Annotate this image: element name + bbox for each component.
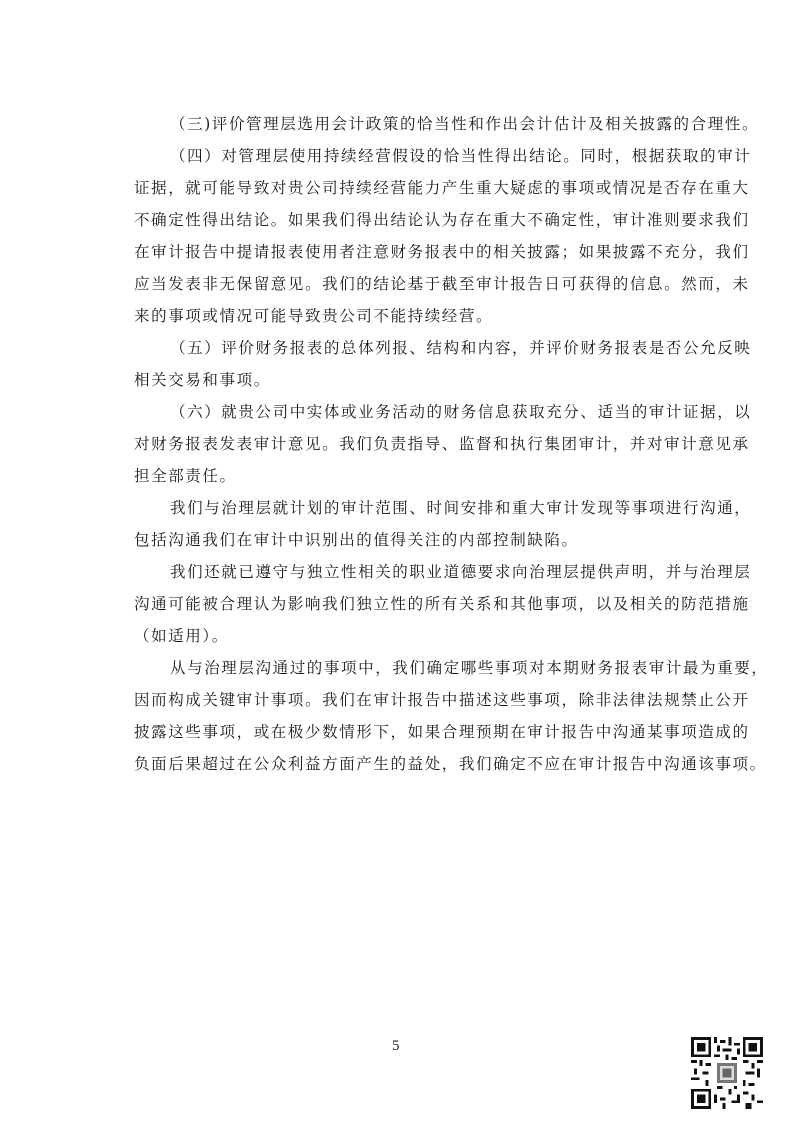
page-number: 5	[392, 1038, 400, 1055]
paragraph-6-line-1: 我们还就已遵守与独立性相关的职业道德要求向治理层提供声明，并与治理层	[134, 556, 714, 588]
paragraph-2-line-2: 证据，就可能导致对贵公司持续经营能力产生重大疑虑的事项或情况是否存在重大	[134, 172, 714, 204]
paragraph-1-line-1: （三)评价管理层选用会计政策的恰当性和作出会计估计及相关披露的合理性。	[134, 108, 714, 140]
paragraph-3-line-1: （五）评价财务报表的总体列报、结构和内容，并评价财务报表是否公允反映	[134, 332, 714, 364]
paragraph-3-line-2: 相关交易和事项。	[134, 364, 714, 396]
paragraph-2-line-5: 应当发表非无保留意见。我们的结论基于截至审计报告日可获得的信息。然而，未	[134, 268, 714, 300]
paragraph-4-line-3: 担全部责任。	[134, 460, 714, 492]
paragraph-2-line-6: 来的事项或情况可能导致贵公司不能持续经营。	[134, 300, 714, 332]
paragraph-4-line-2: 对财务报表发表审计意见。我们负责指导、监督和执行集团审计，并对审计意见承	[134, 428, 714, 460]
paragraph-6-line-2: 沟通可能被合理认为影响我们独立性的所有关系和其他事项，以及相关的防范措施	[134, 588, 714, 620]
document-body: （三)评价管理层选用会计政策的恰当性和作出会计估计及相关披露的合理性。 （四）对…	[134, 108, 714, 780]
paragraph-2-line-3: 不确定性得出结论。如果我们得出结论认为存在重大不确定性，审计准则要求我们	[134, 204, 714, 236]
paragraph-2-line-4: 在审计报告中提请报表使用者注意财务报表中的相关披露；如果披露不充分，我们	[134, 236, 714, 268]
paragraph-4-line-1: （六）就贵公司中实体或业务活动的财务信息获取充分、适当的审计证据，以	[134, 396, 714, 428]
qr-code-icon	[690, 1037, 764, 1109]
document-page: （三)评价管理层选用会计政策的恰当性和作出会计估计及相关披露的合理性。 （四）对…	[0, 0, 794, 1122]
paragraph-7-line-3: 披露这些事项，或在极少数情形下，如果合理预期在审计报告中沟通某事项造成的	[134, 716, 714, 748]
paragraph-7-line-2: 因而构成关键审计事项。我们在审计报告中描述这些事项，除非法律法规禁止公开	[134, 684, 714, 716]
paragraph-6-line-3: （如适用）。	[134, 620, 714, 652]
paragraph-5-line-1: 我们与治理层就计划的审计范围、时间安排和重大审计发现等事项进行沟通，	[134, 492, 714, 524]
paragraph-7-line-1: 从与治理层沟通过的事项中，我们确定哪些事项对本期财务报表审计最为重要，	[134, 652, 714, 684]
paragraph-7-line-4: 负面后果超过在公众利益方面产生的益处，我们确定不应在审计报告中沟通该事项。	[134, 748, 714, 780]
paragraph-2-line-1: （四）对管理层使用持续经营假设的恰当性得出结论。同时，根据获取的审计	[134, 140, 714, 172]
paragraph-5-line-2: 包括沟通我们在审计中识别出的值得关注的内部控制缺陷。	[134, 524, 714, 556]
